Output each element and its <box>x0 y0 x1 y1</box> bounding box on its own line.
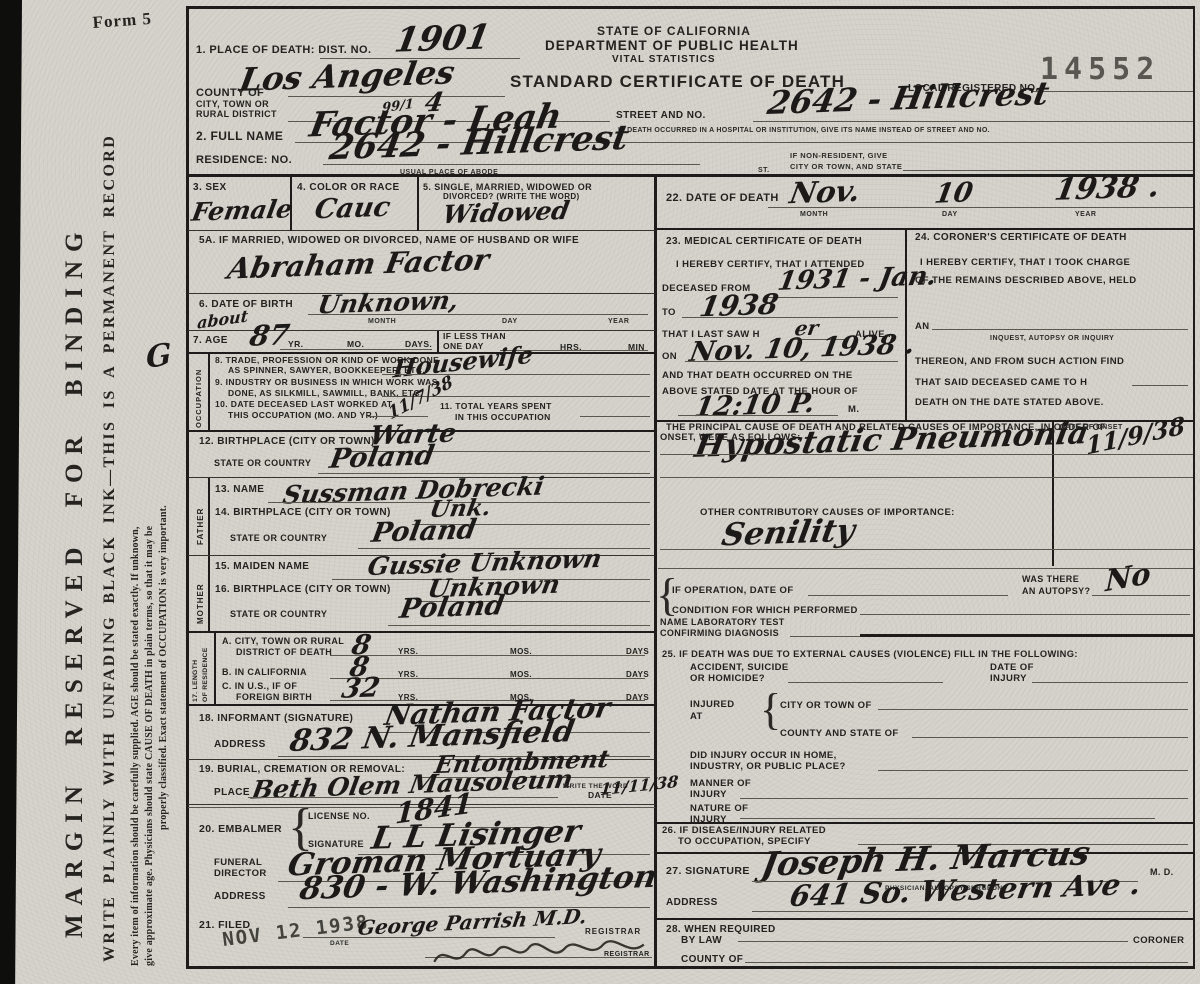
external-causes-title: 25. IF DEATH WAS DUE TO EXTERNAL CAUSES … <box>662 650 1078 659</box>
death-certificate-scan: Form 5 MARGIN RESERVED FOR BINDING WRITE… <box>0 0 1200 984</box>
father-name-label: 13. NAME <box>215 485 264 495</box>
lab-test-label-1: NAME LABORATORY TEST <box>660 618 785 627</box>
form-border-left <box>186 6 189 968</box>
marital-value: Widowed <box>441 198 572 228</box>
condition-performed-label: CONDITION FOR WHICH PERFORMED <box>672 606 858 616</box>
age-hrs-label: HRS. <box>560 343 582 352</box>
header-divider <box>186 174 1195 177</box>
residence-c-value: 32 <box>340 674 382 702</box>
date-of-injury-label-2: INJURY <box>990 674 1027 684</box>
rule <box>660 454 1193 455</box>
injury-place-label-2: INDUSTRY, OR PUBLIC PLACE? <box>690 762 846 772</box>
hour-m-label: M. <box>848 405 859 415</box>
rule <box>790 636 860 637</box>
rule <box>1132 385 1188 386</box>
cert-divider <box>905 230 907 420</box>
spouse-value: Abraham Factor <box>226 245 492 283</box>
lab-test-label-2: CONFIRMING DIAGNOSIS <box>660 629 779 638</box>
residence-a-yrs: YRS. <box>398 648 418 656</box>
death-day-value: 10 <box>933 179 975 207</box>
margin-plainly-text: WRITE PLAINLY WITH UNFADING BLACK INK—TH… <box>102 134 118 962</box>
license-label: LICENSE NO. <box>308 812 370 821</box>
last-worked-label-1: 10. DATE DECEASED LAST WORKED AT <box>215 400 392 409</box>
mother-sidebar-label: MOTHER <box>197 583 205 624</box>
mother-name-label: 15. MAIDEN NAME <box>215 562 309 572</box>
coroner-line5: DEATH ON THE DATE STATED ABOVE. <box>915 398 1104 408</box>
father-sidebar-label: FATHER <box>197 508 205 545</box>
rule <box>808 595 1008 596</box>
date-of-injury-label-1: DATE OF <box>990 663 1034 673</box>
hour-of-death-value: 12:10 P. <box>693 390 817 421</box>
residence-a-label-2: DISTRICT OF DEATH <box>236 648 332 657</box>
residence-c-label-1: C. IN U.S., IF OF <box>222 682 297 691</box>
dept-state-line: STATE OF CALIFORNIA <box>597 25 751 37</box>
rule <box>768 297 898 298</box>
sex-value: Female <box>190 196 295 225</box>
race-value: Cauc <box>313 194 393 224</box>
less-than-one-day-label-1: IF LESS THAN <box>443 332 506 341</box>
full-name-label: 2. FULL NAME <box>196 130 283 142</box>
city-town-label-1: CITY, TOWN OR <box>196 100 269 109</box>
onset-box-border <box>1052 420 1054 566</box>
rule <box>788 682 943 683</box>
section-divider <box>655 228 1195 230</box>
physician-signature-label: 27. SIGNATURE <box>666 866 750 877</box>
residence-a-label-1: A. CITY, TOWN OR RURAL <box>222 637 344 646</box>
operation-label: IF OPERATION, DATE OF <box>672 586 794 596</box>
occupation-sidebar-label: OCCUPATION <box>195 369 203 428</box>
residence-a-mos: MOS. <box>510 648 532 656</box>
residence-sidebar-label-2: OF RESIDENCE <box>203 647 210 702</box>
death-occurred-line1: AND THAT DEATH OCCURRED ON THE <box>662 371 853 381</box>
rule <box>685 361 898 362</box>
rule <box>330 655 645 656</box>
mother-country-value: Poland <box>398 592 507 623</box>
rule <box>1032 91 1193 92</box>
death-year-sub: YEAR <box>1075 211 1096 218</box>
autopsy-value: No <box>1105 559 1151 597</box>
age-label: 7. AGE <box>193 336 228 346</box>
rule <box>382 374 650 375</box>
injury-place-label-1: DID INJURY OCCUR IN HOME, <box>690 751 837 761</box>
deputy-registrar-label: REGISTRAR <box>604 951 650 958</box>
autopsy-label-2: AN AUTOPSY? <box>1022 587 1090 596</box>
rule <box>753 121 1193 122</box>
residence-b-mos: MOS. <box>510 671 532 679</box>
margin-binding-text: MARGIN RESERVED FOR BINDING <box>62 224 87 938</box>
rule <box>878 709 1188 710</box>
rule <box>768 207 1193 208</box>
residence-sidebar-label-1: 17. LENGTH <box>193 660 200 702</box>
residence-a-days: DAYS <box>626 648 649 656</box>
rule <box>280 349 432 350</box>
margin-note-line2: give approximate age. Physicians should … <box>145 526 155 966</box>
coroner-cert-title: 24. CORONER'S CERTIFICATE OF DEATH <box>915 233 1127 243</box>
on-label: ON <box>662 352 677 362</box>
city-town-label-2: RURAL DISTRICT <box>196 110 277 119</box>
dept-vital-line: VITAL STATISTICS <box>612 55 716 65</box>
father-country-value: Poland <box>370 516 479 547</box>
physician-md-label: M. D. <box>1150 868 1174 877</box>
sidebar-divider <box>208 478 210 555</box>
nonresident-note-1: IF NON-RESIDENT, GIVE <box>790 152 888 160</box>
attended-to-label: TO <box>662 308 676 318</box>
rule <box>188 230 655 231</box>
age-min-label: MIN <box>628 343 645 352</box>
birthplace-country-label: STATE OR COUNTRY <box>214 459 311 468</box>
age-days-label: DAYS. <box>405 340 432 349</box>
death-year-value: 1938 . <box>1052 172 1162 206</box>
medical-cert-title: 23. MEDICAL CERTIFICATE OF DEATH <box>666 237 862 247</box>
coroner-an-label: AN <box>915 322 930 332</box>
margin-form-number: Form 5 <box>92 10 152 31</box>
rule <box>388 625 650 626</box>
inquest-sub-label: INQUEST, AUTOPSY OR INQUIRY <box>990 335 1114 342</box>
injured-at-label-1: INJURED <box>690 700 735 710</box>
coroner-label: CORONER <box>1133 936 1184 946</box>
date-of-death-label: 22. DATE OF DEATH <box>666 193 779 204</box>
injured-county-label: COUNTY AND STATE OF <box>780 729 899 739</box>
accident-label-1: ACCIDENT, SUICIDE <box>690 663 789 673</box>
hospital-note: IF DEATH OCCURRED IN A HOSPITAL OR INSTI… <box>618 127 990 134</box>
rule <box>288 96 505 97</box>
burial-place-label: PLACE <box>214 788 250 798</box>
lab-heavy-rule <box>860 634 1193 637</box>
age-mo-label: MO. <box>347 340 364 349</box>
rule <box>738 941 1128 942</box>
death-month-sub: MONTH <box>800 211 828 218</box>
nonresident-note-2: CITY OR TOWN, AND STATE <box>790 163 902 171</box>
manner-of-injury-label-1: MANNER OF <box>690 779 751 789</box>
rule <box>682 317 898 318</box>
when-required-label-2: BY LAW <box>681 936 722 946</box>
dept-name-line: DEPARTMENT OF PUBLIC HEALTH <box>545 39 799 53</box>
father-birthplace-label: 14. BIRTHPLACE (CITY OR TOWN) <box>215 508 391 518</box>
residence-b-label: B. IN CALIFORNIA <box>222 668 307 677</box>
district-number-value: 1901 <box>392 20 493 58</box>
rule <box>740 798 1188 799</box>
rule <box>323 164 700 165</box>
filed-date-sub: DATE <box>330 941 349 948</box>
injured-city-label: CITY OR TOWN OF <box>780 701 872 711</box>
marital-label-1: 5. SINGLE, MARRIED, WIDOWED OR <box>423 183 592 192</box>
rule <box>860 614 1190 615</box>
margin-note-line3: properly classified. Exact statement of … <box>159 505 169 830</box>
usual-abode-note: USUAL PLACE OF ABODE <box>400 169 498 176</box>
contributory-value: Senility <box>719 516 857 552</box>
injured-at-label-2: AT <box>690 712 703 722</box>
death-month-value: Nov. <box>787 177 862 209</box>
funeral-director-label-2: DIRECTOR <box>214 869 267 879</box>
county-of-label: COUNTY OF <box>681 955 743 965</box>
embalmer-label: 20. EMBALMER <box>199 824 282 835</box>
street-value: 2642 - Hillcrest <box>765 77 1051 119</box>
film-edge <box>0 0 22 984</box>
residence-value: 2642 - Hillcrest <box>327 121 631 166</box>
residence-b-days: DAYS <box>626 671 649 679</box>
last-worked-label-2: THIS OCCUPATION (MO. AND YR.) <box>228 411 378 420</box>
section-divider <box>655 918 1195 920</box>
residence-b-yrs: YRS. <box>398 671 418 679</box>
rule <box>308 314 648 315</box>
death-day-sub: DAY <box>942 211 958 218</box>
nature-of-injury-label-1: NATURE OF <box>690 804 748 814</box>
informant-address-label: ADDRESS <box>214 740 266 750</box>
coroner-line4: THAT SAID DECEASED CAME TO H <box>915 378 1087 388</box>
dob-month-sub: MONTH <box>368 318 396 325</box>
margin-note-line1: Every item of information should be care… <box>131 526 141 966</box>
autopsy-label-1: WAS THERE <box>1022 575 1079 584</box>
residence-label: RESIDENCE: NO. <box>196 155 292 166</box>
sidebar-divider <box>208 354 210 430</box>
section-divider <box>655 822 1195 824</box>
margin-stray-mark: G <box>146 340 172 375</box>
industry-label-1: 9. INDUSTRY OR BUSINESS IN WHICH WORK WA… <box>215 378 438 387</box>
rule <box>368 416 428 417</box>
local-registered-number: 14552 <box>1040 55 1160 85</box>
mother-birthplace-label: 16. BIRTHPLACE (CITY OR TOWN) <box>215 585 391 595</box>
rule <box>740 818 1155 819</box>
residence-c-label-2: FOREIGN BIRTH <box>236 693 312 702</box>
age-yr-label: YR. <box>288 340 303 349</box>
cell-divider <box>417 177 419 231</box>
rule <box>288 907 650 908</box>
coroner-line2: OF THE REMAINS DESCRIBED ABOVE, HELD <box>915 276 1136 286</box>
form-border-bottom <box>186 966 1195 969</box>
sex-label: 3. SEX <box>193 183 227 193</box>
rule <box>580 416 650 417</box>
father-country-label: STATE OR COUNTRY <box>230 534 327 543</box>
age-value: 87 <box>248 321 292 351</box>
rule <box>745 962 1188 963</box>
coroner-line1: I HEREBY CERTIFY, THAT I TOOK CHARGE <box>920 258 1130 268</box>
rule <box>678 415 838 416</box>
sidebar-divider <box>214 633 216 704</box>
rule <box>1092 595 1190 596</box>
registrar-signature: George Parrish M.D. <box>357 906 589 938</box>
spouse-label: 5A. IF MARRIED, WIDOWED OR DIVORCED, NAM… <box>199 236 579 246</box>
county-value: Los Angeles <box>237 56 457 96</box>
rule <box>932 329 1188 330</box>
physician-address-label: ADDRESS <box>666 898 718 908</box>
rule <box>878 770 1188 771</box>
age-about-value: about <box>197 308 249 331</box>
residence-c-days: DAYS <box>626 694 649 702</box>
dob-day-sub: DAY <box>502 318 518 325</box>
injured-at-brace: { <box>760 688 781 732</box>
sidebar-divider <box>208 556 210 631</box>
st-label: ST. <box>758 167 770 174</box>
rule <box>660 477 1193 478</box>
mother-country-label: STATE OR COUNTRY <box>230 610 327 619</box>
rule <box>1032 682 1188 683</box>
when-required-label-1: 28. WHEN REQUIRED <box>666 925 776 935</box>
funeral-director-label-1: FUNERAL <box>214 858 262 868</box>
manner-of-injury-label-2: INJURY <box>690 790 727 800</box>
rule <box>752 911 1188 912</box>
dob-year-sub: YEAR <box>608 318 629 325</box>
section-divider <box>188 631 655 633</box>
rule <box>660 549 1193 550</box>
form-border-top <box>186 6 1195 9</box>
total-years-label-1: 11. TOTAL YEARS SPENT <box>440 402 552 411</box>
total-years-label-2: IN THIS OCCUPATION <box>455 413 551 422</box>
funeral-address-label: ADDRESS <box>214 892 266 902</box>
rule <box>912 737 1188 738</box>
occupation-disease-label-1: 26. IF DISEASE/INJURY RELATED <box>662 826 826 836</box>
place-of-death-label: 1. PLACE OF DEATH: DIST. NO. <box>196 45 371 56</box>
accident-label-2: OR HOMICIDE? <box>690 674 765 684</box>
coroner-line3: THEREON, AND FROM SUCH ACTION FIND <box>915 357 1124 367</box>
birthplace-country-value: Poland <box>328 442 437 473</box>
